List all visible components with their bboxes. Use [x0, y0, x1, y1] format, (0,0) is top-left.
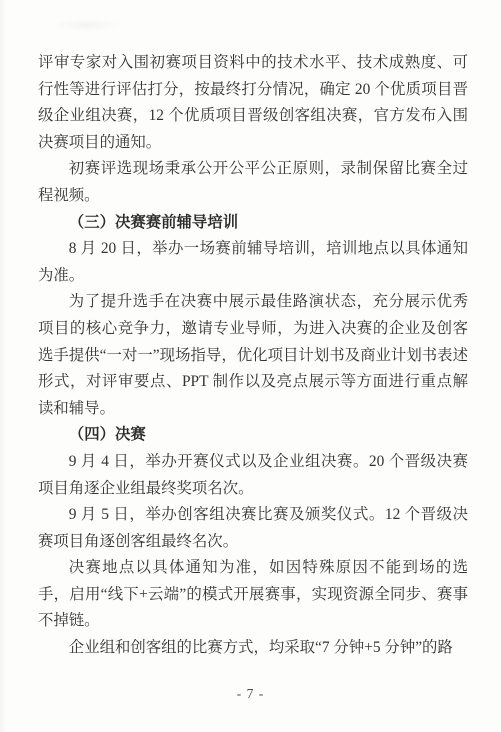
document-body: 评审专家对入围初赛项目资料中的技术水平、技术成熟度、可行性等进行评估打分，按最终…	[38, 50, 468, 662]
paragraph-recording-principle: 初赛评选现场秉承公开公平公正原则，录制保留比赛全过程视频。	[38, 156, 468, 209]
paragraph-training-date: 8 月 20 日，举办一场赛前辅导培训，培训地点以具体通知为准。	[38, 236, 468, 289]
paragraph-coaching-details: 为了提升选手在决赛中展示最佳路演状态，充分展示优秀项目的核心竞争力，邀请专业导师…	[38, 289, 468, 422]
paragraph-competition-format: 企业组和创客组的比赛方式，均采取“7 分钟+5 分钟”的路	[38, 635, 468, 662]
scan-edge-shading	[0, 0, 6, 732]
paragraph-finals-september-5: 9 月 5 日，举办创客组决赛比赛及颁奖仪式。12 个晋级决赛项目角逐创客组最终…	[38, 502, 468, 555]
paragraph-finals-september-4: 9 月 4 日，举办开赛仪式以及企业组决赛。20 个晋级决赛项目角逐企业组最终奖…	[38, 449, 468, 502]
document-page: 评审专家对入围初赛项目资料中的技术水平、技术成熟度、可行性等进行评估打分，按最终…	[0, 0, 501, 732]
paragraph-preliminary-evaluation: 评审专家对入围初赛项目资料中的技术水平、技术成熟度、可行性等进行评估打分，按最终…	[38, 50, 468, 156]
page-number: - 7 -	[0, 686, 501, 702]
paragraph-finals-venue: 决赛地点以具体通知为准，如因特殊原因不能到场的选手，启用“线下+云端”的模式开展…	[38, 555, 468, 635]
section-heading-pre-final-training: （三）决赛赛前辅导培训	[38, 210, 468, 237]
section-heading-finals: （四）决赛	[38, 422, 468, 449]
scan-smudge	[52, 18, 122, 32]
